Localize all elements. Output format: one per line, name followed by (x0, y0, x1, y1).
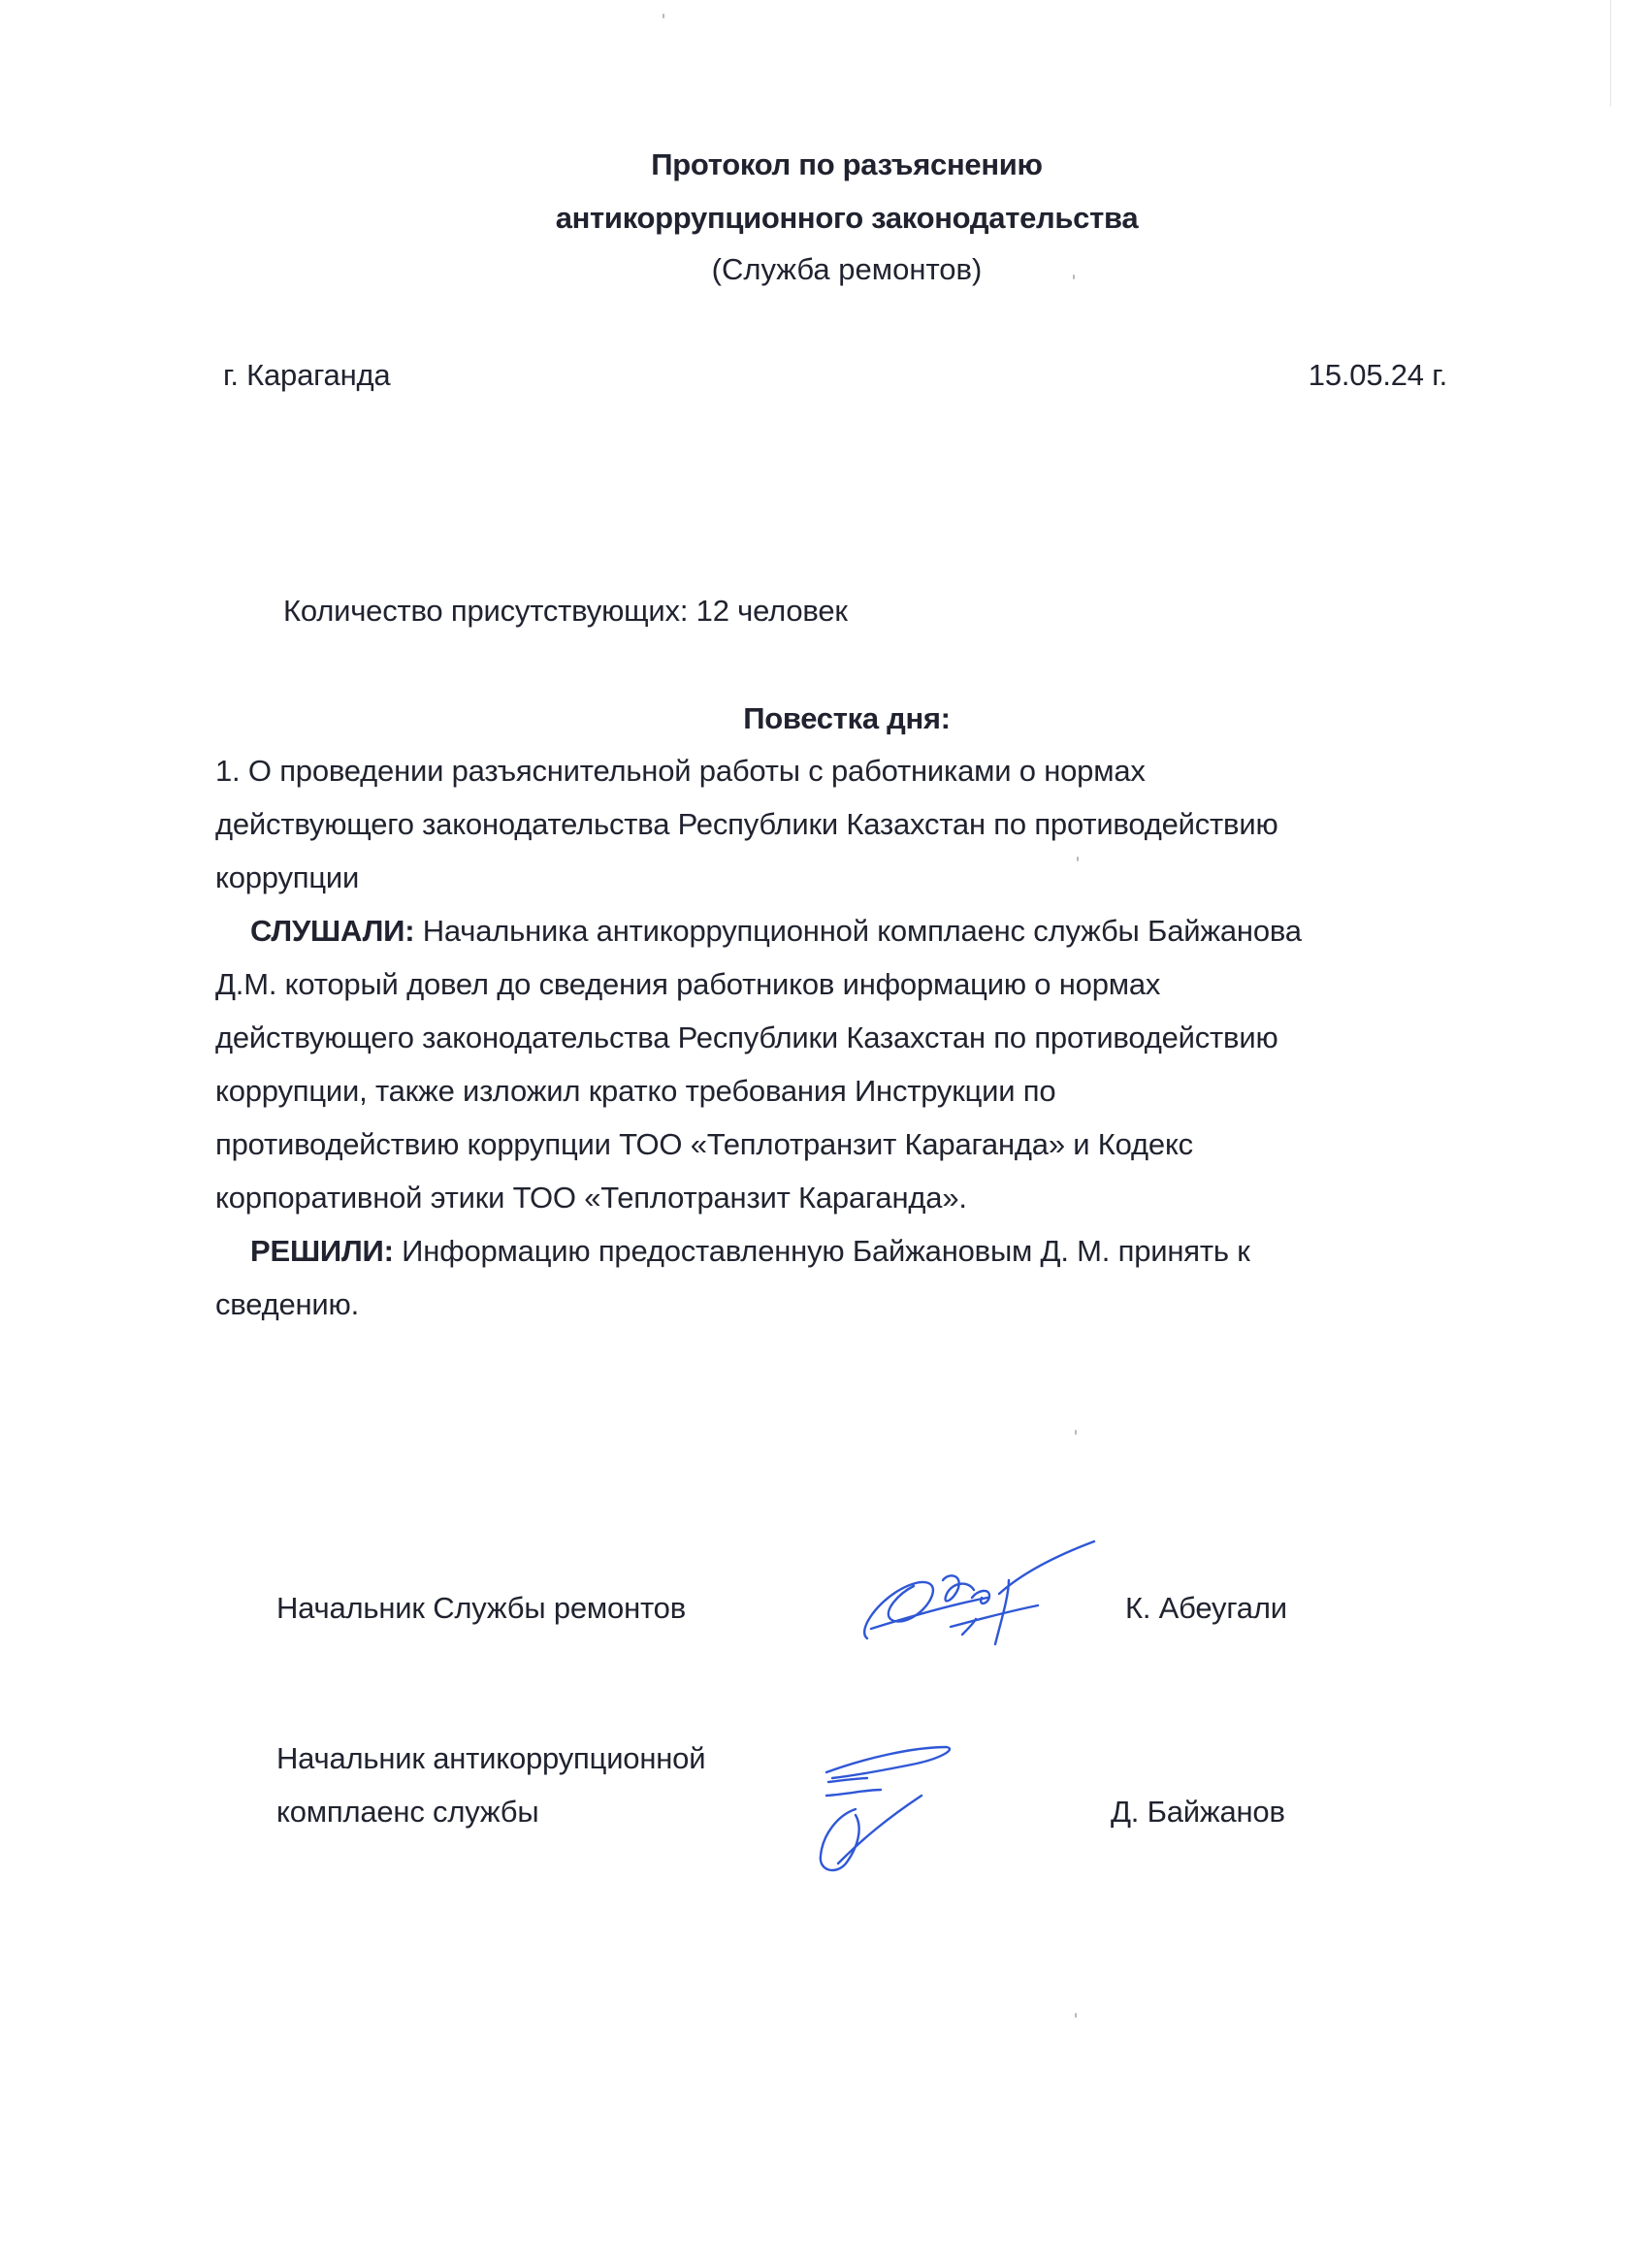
document-title-line1: Протокол по разъяснению (0, 147, 1649, 182)
decided-text: Информацию предоставленную Байжановым Д.… (394, 1234, 1250, 1268)
scan-speck (663, 14, 664, 18)
heard-line: Д.М. который довел до сведения работнико… (215, 967, 1160, 1002)
agenda-item-line: действующего законодательства Республики… (215, 807, 1278, 842)
document-subtitle: (Служба ремонтов) (0, 252, 1649, 287)
decided-line: сведению. (215, 1287, 359, 1322)
scan-speck (1075, 2013, 1077, 2018)
signatory-name: К. Абеугали (1125, 1591, 1287, 1626)
signature-baizhanov (766, 1741, 980, 1877)
heard-paragraph-first-line: СЛУШАЛИ: Начальника антикоррупционной ко… (250, 914, 1302, 949)
agenda-item-line: 1. О проведении разъяснительной работы с… (215, 754, 1146, 789)
heard-line: противодействию коррупции ТОО «Теплотран… (215, 1127, 1193, 1162)
heard-label: СЛУШАЛИ: (250, 914, 414, 948)
scan-speck (1075, 1430, 1077, 1435)
signatory-position: Начальник Службы ремонтов (276, 1591, 686, 1626)
agenda-heading: Повестка дня: (0, 701, 1649, 736)
date: 15.05.24 г. (1309, 358, 1447, 393)
signature-abeugali (854, 1538, 1106, 1654)
scan-speck (1073, 275, 1075, 279)
heard-text: Начальника антикоррупционной комплаенс с… (414, 914, 1302, 948)
decided-label: РЕШИЛИ: (250, 1234, 394, 1268)
heard-line: коррупции, также изложил кратко требован… (215, 1074, 1055, 1109)
decided-paragraph-first-line: РЕШИЛИ: Информацию предоставленную Байжа… (250, 1234, 1250, 1269)
signatory-position: комплаенс службы (276, 1795, 538, 1830)
heard-line: действующего законодательства Республики… (215, 1021, 1278, 1055)
heard-line: корпоративной этики ТОО «Теплотранзит Ка… (215, 1181, 967, 1215)
agenda-item-line: коррупции (215, 860, 359, 895)
signatory-position: Начальник антикоррупционной (276, 1741, 705, 1776)
attendance-count: Количество присутствующих: 12 человек (283, 594, 848, 629)
document-title-line2: антикоррупционного законодательства (0, 201, 1649, 236)
scan-speck (1077, 857, 1079, 861)
scan-edge (1610, 0, 1611, 107)
signatory-name: Д. Байжанов (1111, 1795, 1285, 1830)
city: г. Караганда (223, 358, 390, 393)
